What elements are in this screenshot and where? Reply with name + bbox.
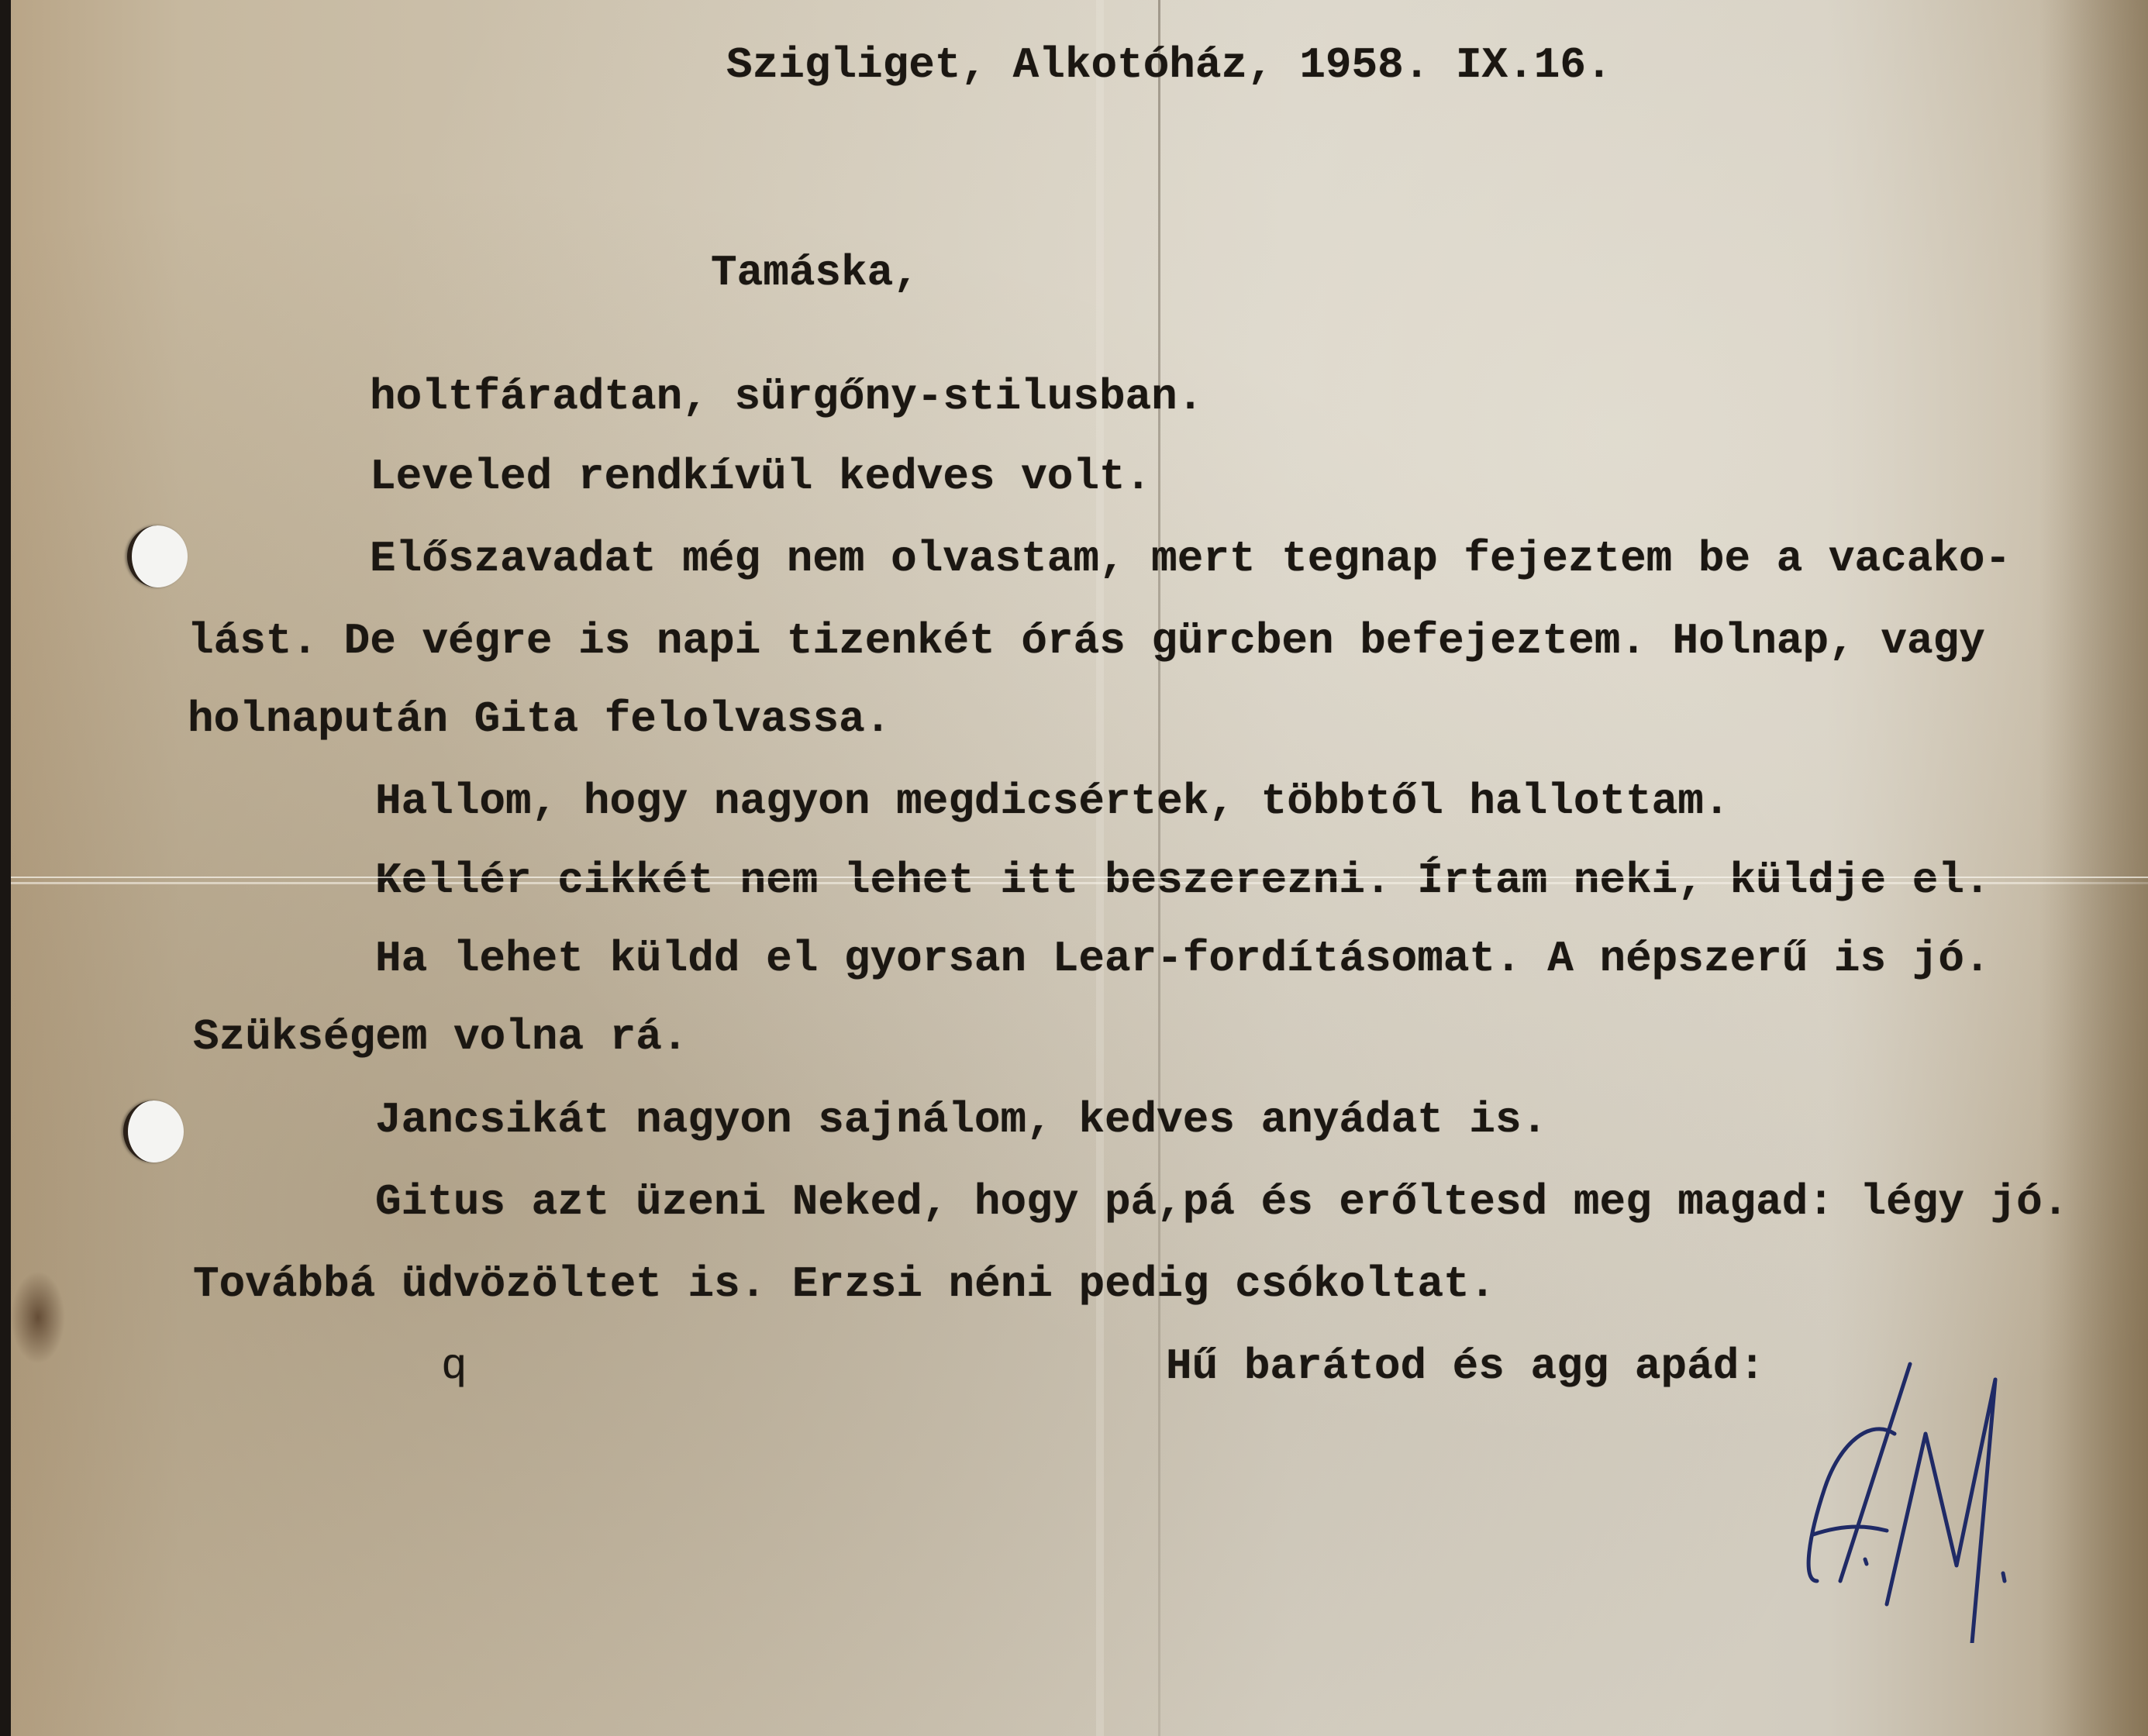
punch-hole-top xyxy=(127,525,188,587)
letter-line-7: Kellér cikkét nem lehet itt beszerezni. … xyxy=(375,856,1991,905)
paper-stain xyxy=(11,1271,65,1364)
letter-header-place-date: Szigliget, Alkotóház, 1958. IX.16. xyxy=(726,40,1612,90)
letter-line-1: holtfáradtan, sürgőny-stilusban. xyxy=(370,372,1203,422)
letter-line-9: Szükségem volna rá. xyxy=(193,1012,688,1062)
letter-salutation: Tamáska, xyxy=(711,248,919,298)
paper-right-shadow xyxy=(2039,0,2148,1736)
letter-line-10: Jancsikát nagyon sajnálom, kedves anyáda… xyxy=(375,1095,1547,1145)
letter-closing: Hű barátod és agg apád: xyxy=(1166,1342,1765,1391)
letter-paper: Szigliget, Alkotóház, 1958. IX.16. Tamás… xyxy=(11,0,2148,1736)
letter-line-2: Leveled rendkívül kedves volt. xyxy=(370,452,1151,501)
punch-hole-bottom xyxy=(123,1100,184,1162)
handwritten-signature-fm xyxy=(1778,1348,2026,1643)
letter-line-8: Ha lehet küldd el gyorsan Lear-fordításo… xyxy=(375,934,1991,983)
letter-line-5: holnapután Gita felolvassa. xyxy=(188,694,891,744)
letter-line-3: Előszavadat még nem olvastam, mert tegna… xyxy=(370,534,2011,584)
letter-line-12: Továbbá üdvözöltet is. Erzsi néni pedig … xyxy=(193,1259,1495,1309)
letter-line-4: lást. De végre is napi tizenkét órás gür… xyxy=(188,616,1985,666)
letter-line-11: Gitus azt üzeni Neked, hogy pá,pá és erő… xyxy=(375,1177,2068,1227)
crease-over-text xyxy=(11,877,2148,878)
letter-line-6: Hallom, hogy nagyon megdicsértek, többtő… xyxy=(375,777,1729,826)
stray-typed-mark: q xyxy=(441,1342,467,1391)
